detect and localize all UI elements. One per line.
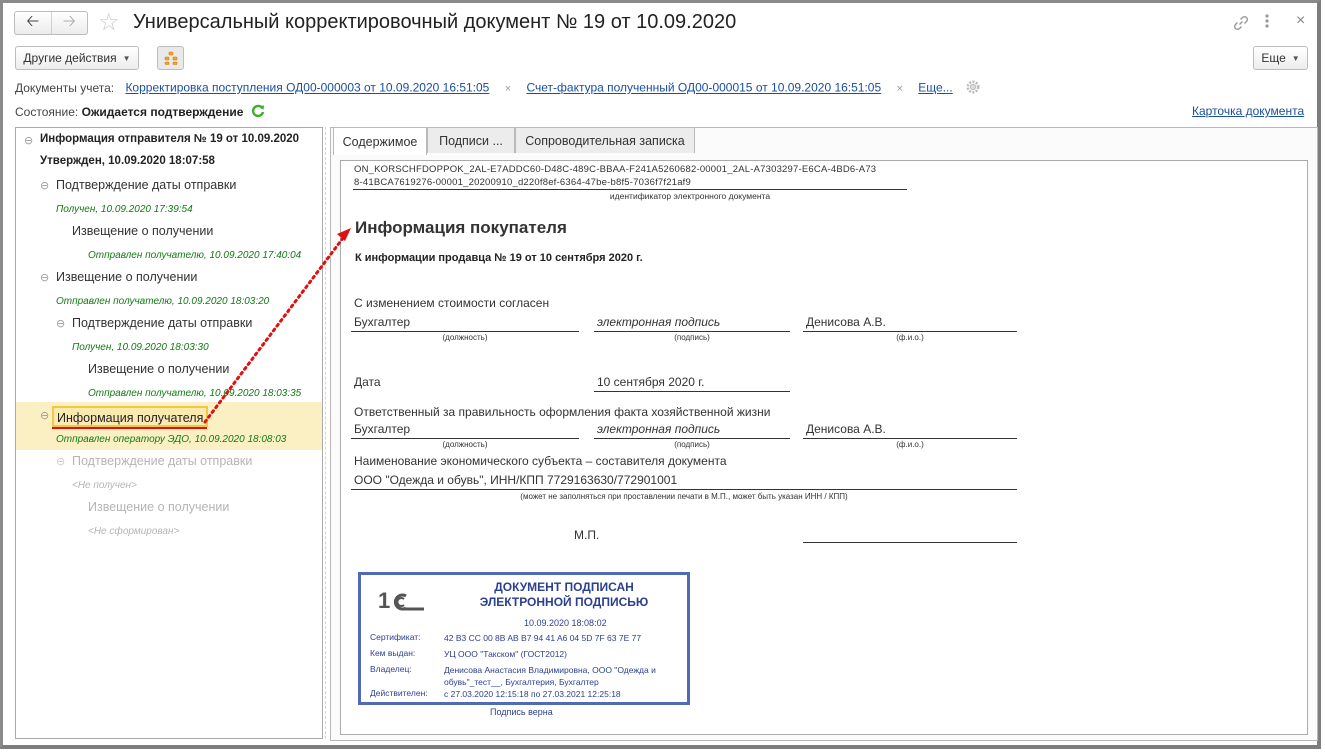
refresh-icon[interactable] — [251, 104, 265, 121]
status-value: Ожидается подтверждение — [82, 105, 244, 119]
doc-id-line1: ON_KORSCHFDOPPOK_2AL-E7ADDC60-D48C-489C-… — [354, 164, 876, 175]
signature-stamp: 1 ДОКУМЕНТ ПОДПИСАН ЭЛЕКТРОННОЙ ПОДПИСЬЮ… — [358, 572, 690, 705]
tree-node-label: Отправлен получателю, 10.09.2020 18:03:2… — [56, 296, 269, 307]
collapse-toggle-icon[interactable]: ⊖ — [56, 455, 65, 468]
collapse-toggle-icon[interactable]: ⊖ — [40, 179, 49, 192]
caption-signature: (подпись) — [594, 333, 790, 342]
sig2-signature: электронная подпись — [597, 422, 720, 436]
tree-node-label: Утвержден, 10.09.2020 18:07:58 — [40, 155, 215, 167]
status-label: Состояние: — [15, 105, 78, 119]
date-value: 10 сентября 2020 г. — [597, 375, 705, 389]
more-docs-link[interactable]: Еще... — [918, 81, 952, 95]
selected-node-label[interactable]: Информация получателя — [52, 406, 208, 427]
panel-splitter[interactable] — [325, 127, 326, 739]
accounting-doc-link-invoice[interactable]: Счет-фактура полученный ОД00-000015 от 1… — [526, 81, 881, 95]
stamp-row-value: с 27.03.2020 12:15:18 по 27.03.2021 12:2… — [444, 688, 621, 700]
tree-node-label: Извещение о получении — [56, 270, 197, 284]
stamp-title-line1: ДОКУМЕНТ ПОДПИСАН — [441, 580, 687, 595]
tab-cover-note[interactable]: Сопроводительная записка — [515, 127, 695, 153]
status-row: Состояние: Ожидается подтверждение — [15, 104, 265, 121]
stamp-row-value: 42 B3 CC 00 8B AB B7 94 41 A6 04 5D 7F 6… — [444, 632, 641, 644]
chevron-down-icon: ▼ — [123, 54, 131, 63]
navigation-buttons: 🡠 🡢 — [14, 11, 88, 35]
stamp-row-label: Владелец: — [370, 664, 412, 674]
tab-cover-note-label: Сопроводительная записка — [525, 134, 685, 148]
sig2-name: Денисова А.В. — [806, 422, 886, 436]
collapse-toggle-icon[interactable]: ⊖ — [56, 317, 65, 330]
date-label: Дата — [354, 375, 381, 389]
stamp-row-value: УЦ ООО "Такском" (ГОСТ2012) — [444, 648, 567, 660]
accounting-doc-link-correction[interactable]: Корректировка поступления ОД00-000003 от… — [125, 81, 489, 95]
sig1-position: Бухгалтер — [354, 315, 410, 329]
entity-label: Наименование экономического субъекта – с… — [354, 454, 727, 468]
stamp-timestamp: 10.09.2020 18:08:02 — [524, 618, 607, 628]
remove-doc-icon[interactable]: × — [897, 83, 903, 95]
page-title: Универсальный корректировочный документ … — [133, 11, 736, 34]
entity-caption: (может не заполняться при проставлении п… — [351, 492, 1017, 501]
doc-id-line2: 8-41BCA7619276-00001_20200910_d220f8ef-6… — [354, 177, 691, 188]
stamp-place-label: М.П. — [574, 528, 599, 542]
sig1-name: Денисова А.В. — [806, 315, 886, 329]
underline — [351, 331, 579, 332]
doc-subheading: К информации продавца № 19 от 10 сентябр… — [355, 252, 643, 264]
more-vertical-icon[interactable] — [1264, 12, 1270, 30]
star-icon[interactable]: ☆ — [98, 8, 120, 37]
tree-node-label: Подтверждение даты отправки — [72, 454, 252, 468]
accounting-docs-label: Документы учета: — [15, 81, 114, 95]
more-button[interactable]: Еще ▼ — [1253, 46, 1308, 70]
underline — [803, 438, 1017, 439]
remove-doc-icon[interactable]: × — [505, 83, 511, 95]
more-label: Еще — [1261, 51, 1285, 65]
stamp-row-label: Кем выдан: — [370, 648, 415, 658]
underline — [351, 438, 579, 439]
collapse-toggle-icon[interactable]: ⊖ — [40, 271, 49, 284]
tab-signatures-label: Подписи ... — [439, 134, 503, 148]
close-icon[interactable]: × — [1296, 12, 1305, 30]
tree-node-label: Получен, 10.09.2020 17:39:54 — [56, 204, 193, 215]
stamp-title-line2: ЭЛЕКТРОННОЙ ПОДПИСЬЮ — [441, 595, 687, 610]
accounting-docs-row: Документы учета: Корректировка поступлен… — [15, 80, 980, 97]
tree-node-label: Получен, 10.09.2020 18:03:30 — [72, 342, 209, 353]
arrow-left-icon: 🡠 — [26, 10, 39, 37]
collapse-toggle-icon[interactable]: ⊖ — [40, 409, 49, 422]
caption-position: (должность) — [351, 333, 579, 342]
caption-name: (ф.и.о.) — [803, 440, 1017, 449]
tree-node-label: <Не сформирован> — [88, 526, 179, 537]
tab-contents[interactable]: Содержимое — [333, 127, 427, 155]
hierarchy-icon — [164, 51, 178, 65]
underline — [594, 331, 790, 332]
chevron-down-icon: ▼ — [1292, 54, 1300, 63]
arrow-right-icon: 🡢 — [63, 10, 76, 37]
stamp-underline — [803, 542, 1017, 543]
other-actions-button[interactable]: Другие действия ▼ — [15, 46, 139, 70]
document-card-link[interactable]: Карточка документа — [1192, 104, 1304, 118]
gear-icon[interactable] — [966, 80, 980, 97]
exchange-tree: ⊖Информация отправителя № 19 от 10.09.20… — [15, 127, 323, 739]
caption-name: (ф.и.о.) — [803, 333, 1017, 342]
tree-node-label: Отправлен оператору ЭДО, 10.09.2020 18:0… — [56, 434, 286, 445]
stamp-row-label: Сертификат: — [370, 632, 421, 642]
tree-node-label: Подтверждение даты отправки — [56, 178, 236, 192]
sig1-signature: электронная подпись — [597, 315, 720, 329]
sig2-position: Бухгалтер — [354, 422, 410, 436]
forward-button[interactable]: 🡢 — [51, 12, 88, 34]
tree-node-label: Отправлен получателю, 10.09.2020 17:40:0… — [88, 250, 301, 261]
tab-signatures[interactable]: Подписи ... — [427, 127, 515, 153]
caption-position: (должность) — [351, 440, 579, 449]
caption-signature: (подпись) — [594, 440, 790, 449]
back-button[interactable]: 🡠 — [15, 12, 51, 34]
tree-node-label: Извещение о получении — [88, 362, 229, 376]
agree-text: С изменением стоимости согласен — [354, 296, 549, 310]
stamp-row-value: Денисова Анастасия Владимировна, ООО "Од… — [444, 664, 656, 688]
tree-node-label: Извещение о получении — [72, 224, 213, 238]
underline — [351, 489, 1017, 490]
tree-node-label: Подтверждение даты отправки — [72, 316, 252, 330]
structure-button[interactable] — [157, 46, 184, 70]
other-actions-label: Другие действия — [23, 51, 116, 65]
tab-contents-label: Содержимое — [343, 135, 418, 149]
entity-value: ООО "Одежда и обувь", ИНН/КПП 7729163630… — [354, 473, 677, 487]
stamp-row-label: Действителен: — [370, 688, 428, 698]
doc-id-caption: идентификатор электронного документа — [353, 191, 907, 201]
underline — [594, 391, 790, 392]
doc-heading: Информация покупателя — [355, 218, 567, 238]
tree-node-label: Извещение о получении — [88, 500, 229, 514]
tree-node-label: Отправлен получателю, 10.09.2020 18:03:3… — [88, 388, 301, 399]
annotation-underline — [52, 427, 207, 429]
tree-node-label: <Не получен> — [72, 480, 137, 491]
doc-id-underline — [353, 189, 907, 190]
underline — [803, 331, 1017, 332]
responsible-text: Ответственный за правильность оформления… — [354, 405, 770, 419]
collapse-toggle-icon[interactable]: ⊖ — [24, 134, 33, 147]
link-icon[interactable] — [1232, 14, 1250, 36]
tree-node-label: Информация отправителя № 19 от 10.09.202… — [40, 133, 299, 145]
signature-verdict: Подпись верна — [490, 707, 553, 717]
underline — [594, 438, 790, 439]
